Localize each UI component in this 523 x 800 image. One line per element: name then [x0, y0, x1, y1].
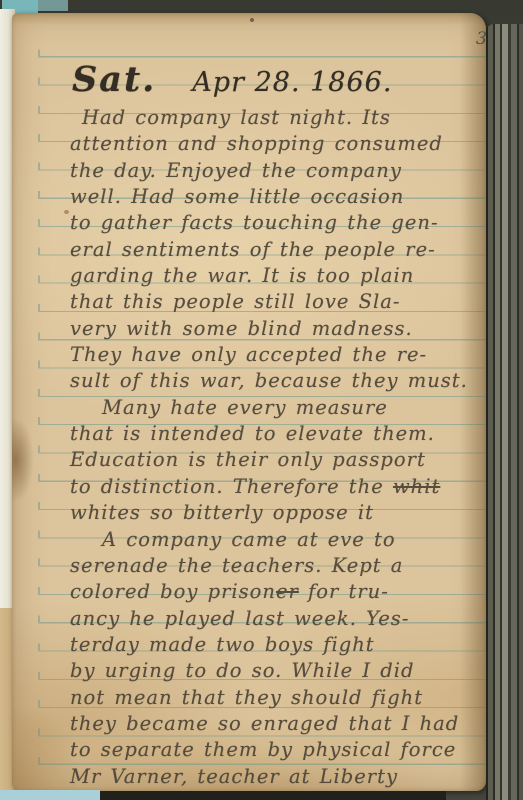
journal-line: they became so enraged that I had — [70, 711, 486, 737]
journal-line: A company came at eve to — [70, 527, 486, 553]
journal-line: serenade the teachers. Kept a — [70, 553, 486, 579]
table-surface-blue — [0, 790, 100, 800]
journal-lines: Had company last night. Itsattention and… — [70, 105, 486, 790]
journal-line: whites so bitterly oppose it — [70, 500, 486, 526]
journal-line: to gather facts touching the gen- — [70, 210, 486, 236]
edge-shading — [12, 13, 486, 25]
journal-line: the day. Enjoyed the company — [70, 158, 486, 184]
journal-line: eral sentiments of the people re- — [70, 237, 486, 263]
journal-line: that this people still love Sla- — [70, 289, 486, 315]
journal-line: very with some blind madness. — [70, 316, 486, 342]
journal-line: that is intended to elevate them. — [70, 421, 486, 447]
paper-speck — [64, 210, 69, 214]
journal-line: terday made two boys fight — [70, 632, 486, 658]
page-number: 3 — [476, 29, 486, 49]
entry-date: Apr 28. 1866. — [192, 67, 392, 98]
journal-line: They have only accepted the re- — [70, 342, 486, 368]
journal-line: well. Had some little occasion — [70, 184, 486, 210]
journal-line: by urging to do so. While I did — [70, 658, 486, 684]
paper-speck — [250, 18, 254, 22]
struck-word: er — [276, 580, 299, 603]
journal-photo: 3 Sat.Apr 28. 1866. Had company last nig… — [0, 0, 523, 800]
journal-line: attention and shopping consumed — [70, 131, 486, 157]
journal-page: 3 Sat.Apr 28. 1866. Had company last nig… — [12, 13, 486, 791]
book-cover-edge — [38, 0, 68, 11]
journal-line: ancy he played last week. Yes- — [70, 606, 486, 632]
journal-line: Mr Varner, teacher at Liberty — [70, 764, 486, 790]
journal-line: Many hate every measure — [70, 395, 486, 421]
journal-line: sult of this war, because they must. — [70, 368, 486, 394]
table-surface-dark — [100, 791, 446, 800]
ink-stain — [12, 417, 34, 503]
journal-line: Education is their only passport — [70, 447, 486, 473]
page-stack-edges — [486, 24, 523, 800]
entry-day: Sat. — [72, 59, 156, 100]
journal-line: colored boy prisoner for tru- — [70, 579, 486, 605]
journal-line: not mean that they should fight — [70, 685, 486, 711]
ruled-line-ticks — [38, 29, 40, 779]
journal-line: to separate them by physical force — [70, 737, 486, 763]
journal-line: Had company last night. Its — [70, 105, 486, 131]
journal-line: to distinction. Therefore the whit — [70, 474, 486, 500]
struck-word: whit — [393, 475, 440, 498]
entry-heading: Sat.Apr 28. 1866. — [72, 59, 392, 100]
journal-line: garding the war. It is too plain — [70, 263, 486, 289]
